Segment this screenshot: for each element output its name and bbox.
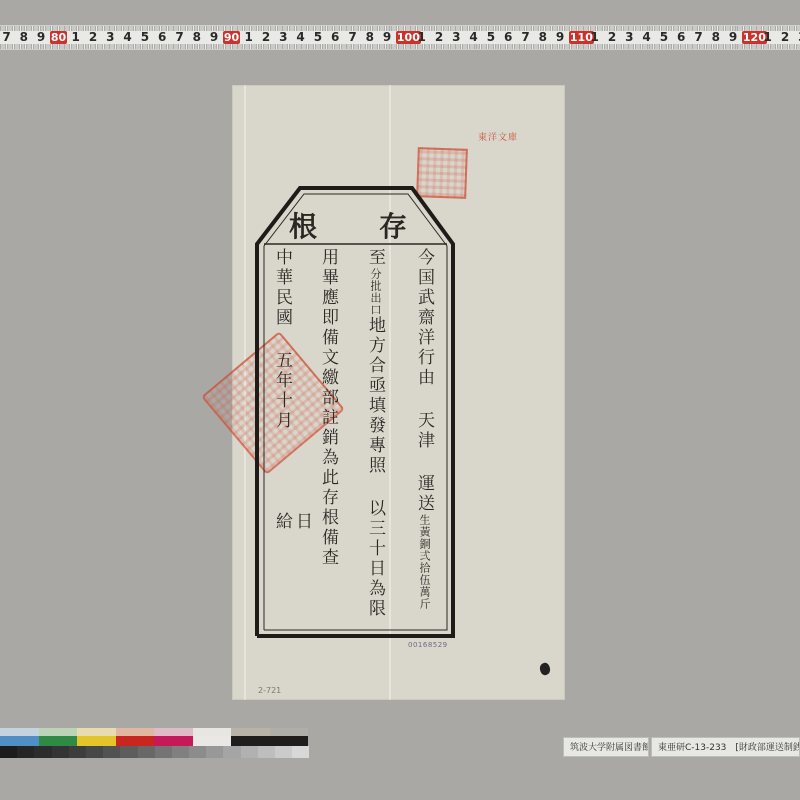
ruler-number: 2 [258,31,275,44]
color-swatch [86,746,103,758]
seal-top-text: 東洋文庫 [478,130,518,143]
color-chart-light-row [0,728,308,736]
ruler-number: 5 [309,31,326,44]
ruler-number: 6 [673,31,690,44]
color-swatch [17,746,34,758]
color-swatch [77,736,116,746]
ruler-number: 7 [171,31,188,44]
ruler-number: 1 [240,31,257,44]
title-char-cun: 存 [379,205,427,245]
ruler-number: 3 [102,31,119,44]
ruler-number: 5 [482,31,499,44]
title-char-gen: 根 [289,205,337,245]
text-column-1: 今国武齋洋行由 天津 運送生黃銅弍拾伍萬斤 [414,248,434,628]
color-swatch [155,746,172,758]
color-swatch [258,746,275,758]
color-swatch [77,728,116,736]
ruler-number: 3 [448,31,465,44]
color-swatch [275,746,292,758]
color-swatch [193,736,232,746]
color-swatch [52,746,69,758]
color-swatch [206,746,223,758]
color-swatch [39,736,78,746]
column-4-date: 中華民國 五年十月 [272,248,292,431]
color-swatch [270,728,309,736]
ruler-number: 4 [292,31,309,44]
text-column-4: 中華民國 五年十月 [272,248,292,548]
ruler-number: 2 [85,31,102,44]
ruler-number: 3 [621,31,638,44]
color-swatch [189,746,206,758]
ruler-number: 9 [725,31,742,44]
color-swatch [0,728,39,736]
color-swatch [270,736,309,746]
color-swatch [103,746,120,758]
ruler-number: 2 [604,31,621,44]
column-1-small: 生黃銅弍拾伍萬斤 [418,514,431,610]
ruler-number: 8 [361,31,378,44]
color-swatch [231,728,270,736]
ruler-number: 4 [638,31,655,44]
text-column-4-tail: 日 給 [272,512,312,572]
ruler-number: 80 [50,31,67,44]
color-swatch [231,736,270,746]
ruler-number: 1 [759,31,776,44]
text-column-2: 至分批出口地方合亟填發專照 以三十日為限 [365,248,385,628]
text-column-3: 用畢應即備文繳部註銷為此存根備查 [318,248,338,628]
ruler-number: 6 [500,31,517,44]
ruler-number: 8 [188,31,205,44]
color-swatch [223,746,240,758]
color-swatch [154,736,193,746]
ruler-number: 1 [413,31,430,44]
color-swatch [39,728,78,736]
ruler-number: 8 [534,31,551,44]
ruler-number: 5 [136,31,153,44]
ruler-ticks-bottom [0,44,800,49]
ruler-number: 8 [15,31,32,44]
ruler-number: 7 [0,31,15,44]
ruler-number: 8 [707,31,724,44]
column-1-main: 今国武齋洋行由 天津 運送 [414,248,434,514]
ruler-number: 7 [344,31,361,44]
column-2-top: 至 [365,248,385,268]
color-swatch [34,746,51,758]
ruler-number: 4 [119,31,136,44]
column-3-main: 用畢應即備文繳部註銷為此存根備查 [318,248,338,568]
color-swatch [154,728,193,736]
color-chart-grayscale-row [0,746,309,758]
color-swatch [172,746,189,758]
color-calibration-chart [0,728,310,758]
ruler-number: 90 [223,31,240,44]
color-swatch [292,746,309,758]
ruler-number: 9 [33,31,50,44]
color-swatch [138,746,155,758]
column-2-small: 分批出口 [369,268,382,316]
ruler-number: 9 [206,31,223,44]
color-swatch [116,736,155,746]
ruler-number: 9 [552,31,569,44]
ruler-number: 9 [379,31,396,44]
color-chart-saturated-row [0,736,308,746]
pencil-note: 2-721 [258,686,281,695]
ruler-number: 2 [431,31,448,44]
color-swatch [193,728,232,736]
ruler-number: 2 [777,31,794,44]
ruler-number: 5 [655,31,672,44]
ruler-number: 6 [154,31,171,44]
color-swatch [120,746,137,758]
ruler-number: 6 [327,31,344,44]
serial-number: 00168529 [408,641,448,649]
ruler-number: 1 [67,31,84,44]
library-label: 筑波大学附属図書館 [563,737,649,757]
color-swatch [241,746,258,758]
color-swatch [69,746,86,758]
ruler-number: 4 [465,31,482,44]
ruler-number: 7 [690,31,707,44]
document-title: 根 存 [268,206,448,244]
measurement-ruler: 7898012345678990123456789100123456789110… [0,25,800,50]
color-swatch [0,736,39,746]
column-2-main: 地方合亟填發專照 以三十日為限 [365,316,385,619]
ruler-number: 3 [794,31,800,44]
color-swatch [0,746,17,758]
ruler-number: 3 [275,31,292,44]
column-4-tail: 日 給 [272,512,312,532]
ruler-number: 7 [517,31,534,44]
color-swatch [116,728,155,736]
ruler-number: 1 [586,31,603,44]
catalog-label: 東亜研C-13-233 [財政部運送制銭銅錁]存根 [651,737,800,757]
